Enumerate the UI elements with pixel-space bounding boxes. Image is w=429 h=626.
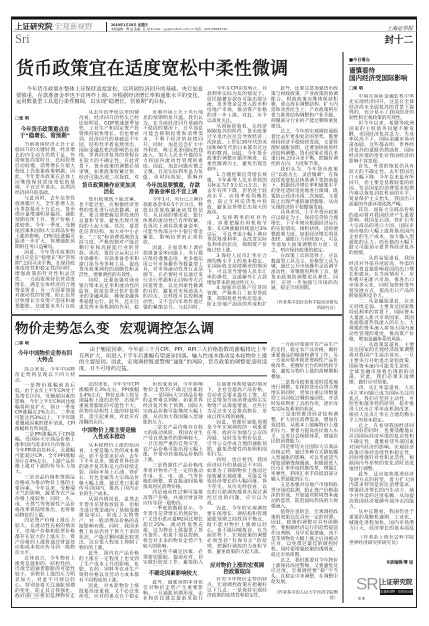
paragraph: 4.加强对房地产信贷的管理，严格执行二套房贷政策，抑制投机性购房需求，防止房地产… [207, 286, 267, 308]
article-1-subhead-1: 今年货币政策重点在于“稳增长、管预期” [15, 126, 75, 139]
sidebar-body: 中国在国际金融危机中率先实现经济回升，这是在全球经济尚未全面复苏的背景下取得的，… [349, 94, 414, 531]
article-2-subhead-2: 中国物价上涨主要是输入性成本推动 [79, 427, 139, 440]
paragraph: 在政策工具的选择上，应以数量型工具为主、价格型工具为辅，通过公开市场操作灵活调节… [271, 253, 338, 291]
paragraph: 2.发挥利率的杠杆作用，但要把握好时机和节奏。在CPI涨幅持续超过3%以后，可以… [207, 216, 267, 254]
sidebar-kicker-rule [348, 64, 413, 65]
paragraph: 但今年以来，希腊等欧洲国家的主权债务问题不断发酵，美国经济复苏乏力，失业率居高不… [349, 121, 414, 164]
headline-part-1: 物价走势怎么变 [15, 321, 110, 337]
paragraph: 当前我国经济正处于企稳回升的关键时期，经济增长的内生动力仍然不足，外需恢复尚需时… [15, 142, 75, 196]
paragraph: 但也要看到，今年影响物价走势的不确定因素较多。一是国际大宗商品价格的走势难以判断… [143, 382, 203, 425]
newspaper-page: 上证研究院·宏观新视野 Sri 2010年1月28日 星期四 本版编辑：傅 旭 … [0, 0, 429, 626]
article-2-column-2b: 从本轮物价上涨的原因看，主要是输入性的成本推动，而不是需求拉动。去年下半年以来，… [79, 443, 139, 600]
paragraph: 1.合理控制信贷增长规模。今年新增人民币贷款的目标定为7.5万亿元左右，比去年有… [207, 172, 267, 215]
paragraph: 二是货币政策要适时适度地进行调整。在保持货币信贷合理增长的同时，更加注重运用数量… [271, 380, 338, 412]
brand-abbr: Sri [15, 33, 30, 46]
paragraph: 因此，在加息和上调存款准备金率问题上，央行都应保持谨慎态度，更多地运用公开市场操… [143, 246, 203, 310]
paragraph: 综合来看，今年中国物价走势将呈现以下四大特点： [15, 367, 75, 383]
article-1-lead: 今年货币政策在整体上应保持适度宽松，以巩固经济回升的基础。央行加息要慎重，存款准… [16, 86, 203, 105]
article-2-column-3b: 此外，通胀预期本身也会对物价走势产生重要影响。一旦通胀预期形成，企业和居民就会提… [143, 580, 203, 602]
paragraph: 三是资源性产品价格改革将对物价产生一定的推动作用。水、电、油、气等价格的调整，将… [143, 463, 203, 490]
paragraph: 同时，也应看到，我国经济回升的基础还不牢固，如果为了抑制物价上涨而过度收紧宏观政… [207, 458, 267, 507]
article-1-headline: 货币政策宜在适度宽松中柔性微调 [16, 59, 288, 79]
paragraph: 因此，对本轮物价上涨既要高度重视，又不必过度担忧，应对的重点在于稳定成本、增加供… [79, 583, 139, 599]
paragraph: 三、从政策渠道看，主要发达国家的宏观经济政策调整将对我国产生溢出效应。一旦主要央… [349, 342, 414, 385]
paragraph: 从去年四季度以来的情况看，经济回升的势头已经比较明显，GDP增速逐季加快，工业生… [79, 110, 139, 180]
paragraph: 一、从贸易渠道看，我国经济对外依存度较高，外需的变化将直接影响我国的出口增长和就… [349, 256, 414, 299]
sidebar-author-note: （作者系上海社会科学院世界经济研究所研究员） [349, 535, 414, 546]
issue-date: 2010年1月28日 星期四 [111, 23, 147, 27]
sidebar-kicker: ■今日看台 [349, 58, 370, 63]
top-rule [11, 17, 417, 20]
paragraph: 我们认为，今年货币政策应“以稳为主、灵活微调”，在保持适度宽松总体基调不变的前提… [271, 167, 338, 210]
lead-box-top-rule [79, 342, 267, 344]
paragraph: 总之，今年的宏观调控面临着比去年更加复杂的形势，既要保持经济平稳较快发展，又要管… [271, 129, 338, 167]
paragraph: 因此，今年的宏观调控要在保增长、调结构和管理通胀预期之间找到平衡点，既不能对物价… [207, 506, 267, 555]
paragraph: 总的来看，今年全年CPI涨幅将在3%左右，PPI涨幅在4%左右，物价总体上将呈现… [79, 382, 139, 425]
paragraph: 四是流动性过剩可能推高资产价格，并通过财富效应传导到一般物价。 [143, 490, 203, 506]
paragraph: 首先，外需的恢复仍具有较大的不确定性。去年我国出口大幅下降，今年以来虽有所回升，… [349, 164, 414, 207]
article-2-subhead-4: 应对物价上涨的宏观调控政策取向 [207, 562, 267, 575]
paragraph: 此外，还应加快推进经济发展方式的转变，着力扩大国内需求特别是居民消费需求，增强经… [349, 472, 414, 510]
article-2-subhead-1: 今年中国物价走势有四大特点 [15, 350, 75, 363]
paragraph: 从国内情况看，虽然去年货币信贷投放较多，但相当部分资金流向了基础设施建设项目，形… [79, 497, 139, 551]
sidebar-title: 谨慎看待 国内经济受国际影响 [349, 67, 414, 82]
paragraph: 从本轮物价上涨的原因看，主要是输入性的成本推动，而不是需求拉动。去年下半年以来，… [79, 443, 139, 497]
paragraph: 一季度的数据显示，今年货币信贷增长仍然较快，广义货币供应量M2同比增长超过25%… [143, 506, 203, 549]
article-2-column-4a: 在通胀预期较强的情况下，企业会提高产品价格，劳动者会要求提高工资，居民会增加当前… [207, 382, 267, 560]
article-2-subhead-3: 不确定因素影响较大 [143, 570, 203, 577]
article-2-column-3a: 但也要看到，今年影响物价走势的不确定因素较多。一是国际大宗商品价格的走势难以判断… [143, 382, 203, 566]
article-1-column-1: 当前我国经济正处于企稳回升的关键时期，经济增长的内生动力仍然不足，外需恢复尚需时… [15, 142, 75, 310]
sidebar-byline: □周 明 [349, 86, 363, 91]
section-divider [11, 314, 342, 316]
paragraph: 中国在国际金融危机中率先实现经济回升，这是在全球经济尚未全面复苏的背景下取得的，… [349, 94, 414, 121]
paragraph: 总之，在看到我国经济回升向好的同时，也要清醒地认识到国际经济环境的复杂性和不确定… [349, 423, 414, 472]
paper-name: 上海证券报 [370, 26, 413, 32]
paragraph: 三是食品价格和资源品价格成为推动物价上涨的主要因素。今年以来，受极端天气的影响，… [15, 475, 75, 518]
paragraph: 五是加强对房地产市场和股票市场的监测，防止资产价格泡沫的形成，并加强对跨境资本流… [271, 482, 338, 509]
paragraph: 一是物价涨幅前高后低。由于去年上半年CPI处于负增长区间，受翘尾因素的影响，今年… [15, 383, 75, 432]
paragraph: 四是密切关注国际大宗商品价格走势，通过多种方式降低输入型通胀的影响。可以考虑适当… [271, 445, 338, 483]
section-subtitle: ·宏观新视野 [53, 22, 93, 31]
issue-number: 第 期 [358, 597, 365, 601]
paragraph: 值得注意的是，宏观调控政策的效果往往具有一定的时滞。因此，政策的调整应具有前瞻性… [271, 509, 338, 558]
headline-part-2: 宏观调控怎么调 [120, 321, 215, 337]
article-2-column-2a: 总的来看，今年全年CPI涨幅将在3%左右，PPI涨幅在4%左右，物价总体上将呈现… [79, 382, 139, 425]
paragraph: 具体来说，上半年货币政策应以稳定为主，保持信贷的合理增长；下半年则应根据经济运行… [271, 210, 338, 253]
section-name: 上证研究院 [15, 22, 53, 31]
article-1-column-5: 此外，还要注意加强货币政策与财政政策、产业政策的协调配合。财政政策应继续保持积极… [271, 86, 338, 297]
paragraph: 货币政策既不能过紧，也不能过松，应根据经济形势的变化进行动态微调。首先，要合理把… [79, 197, 139, 278]
paragraph: 今年在CPI由负转正、存款利率实际为负的情况下，居民储蓄存款有可能出现分流，更多… [207, 86, 267, 124]
section-title: 上证研究院·宏观新视野 [15, 22, 92, 31]
lead-box-bottom-rule [79, 375, 267, 377]
article-1-byline: □张 明 [15, 116, 29, 121]
article-1-subhead-2: 货币政策操作应更加灵活化 [79, 182, 139, 195]
article-2-byline: □李 明 [15, 341, 29, 346]
article-1-column-4: 今年在CPI由负转正、存款利率实际为负的情况下，居民储蓄存款有可能出现分流，更多… [207, 86, 267, 308]
article-2-column-4b: 针对今年物价走势的特点，宏观调控政策应把握好以下几点：一是保持宏观经济政策的连续… [207, 577, 267, 599]
paragraph: 从国际经验看，在经济刚刚复苏的阶段，货币政策过早退出往往会导致经济二次探底。上世… [207, 124, 267, 173]
article-1-column-3b: 今年1月，央行已上调存款准备金率0.5个百分点，释放出适度收紧流动性的信号。从目… [143, 197, 203, 310]
paragraph: 二是PPI涨幅高于CPI涨幅。受国际大宗商品价格上涨和国内需求回升的推动，今年P… [15, 432, 75, 475]
sidebar-title-line-2: 国内经济受国际影响 [349, 75, 414, 83]
paragraph: 二是农产品价格存在较大的波动风险。我国农业生产受自然条件的影响较大，一旦出现严重… [143, 425, 203, 463]
page-label: 封十二 [370, 35, 413, 45]
paragraph: 3.保持人民币汇率在合理均衡水平上的基本稳定。在国际收支持续顺差的情况下，可以适… [207, 253, 267, 285]
paragraph: 一方面应加强对农产品生产的支持，稳定农产品价格，做好重要商品的储备和调节工作；另… [271, 342, 338, 380]
column-tagline: 宏观新视野 · 每周四出版 [380, 589, 413, 595]
article-1-author-note: （作者系中国社会科学院经济研究所研究员） [271, 300, 338, 311]
paragraph: 从中长期看，我国仍处于重要的战略机遇期，工业化、城镇化进程加快，国内市场潜力巨大… [349, 510, 414, 531]
sidebar-divider [342, 52, 344, 603]
paragraph: 因此，今年货币政策的重点应是在“稳增长”和“管预期”之间寻求平衡，在保持政策连续… [15, 250, 75, 310]
bottom-border [11, 607, 417, 608]
page-editor: 本版编辑/傅 旭 [349, 560, 413, 565]
paragraph: 此外，还要注意加强货币政策与财政政策、产业政策的协调配合。财政政策应继续保持积极… [271, 86, 338, 129]
paragraph: 近期市场上关于央行加息的预期明显升温。我们认为，在当前经济回升基础尚不稳固的情况… [143, 110, 203, 180]
paragraph: 四是资产价格上涨压力较大。在流动性充裕的情况下，房地产价格和股票价格都存在较大的… [15, 518, 75, 556]
header-separator [106, 22, 107, 32]
article-1-column-3a: 近期市场上关于央行加息的预期明显升温。我们认为，在当前经济回升基础尚不稳固的情况… [143, 110, 203, 180]
article-1-subhead-3: 今年加息要慎重，存款准备金率也不宜上调 [143, 182, 203, 195]
article-2-lead: 由于翘尾因素，今年前三个月CPI、PPI、RPI三大价格指数的涨幅将比上年有所扩… [79, 347, 267, 372]
paragraph: 四、从汇率渠道看，人民币汇率问题已成为国际关注的焦点。我们应坚持主动性、可控性和… [349, 386, 414, 424]
article-2-column-1: 综合来看，今年中国物价走势将呈现以下四大特点：一是物价涨幅前高后低。由于去年上半… [15, 367, 75, 599]
sidebar-author-text: （作者系上海社会科学院世界经济研究所研究员） [349, 535, 414, 546]
paragraph: 总之，我们既要对今年物价上涨保持高度警惕，又要避免反应过度。宏观调控要“稳”字当… [271, 558, 338, 585]
paragraph: 与此同时，去年信贷投放规模巨大，全年新增人民币贷款接近十万亿元，货币供应量增速明… [15, 196, 75, 250]
article-2-column-5: 一方面应加强对农产品生产的支持，稳定农产品价格，做好重要商品的储备和调节工作；另… [271, 342, 338, 585]
paragraph: 其次，国际大宗商品价格的波动将对我国经济产生重要影响。我国是石油、铁矿石等大宗商… [349, 207, 414, 256]
paragraph: 总体而言，今年物价上涨将是温和的、结构性的，出现全面通货膨胀的可能性较小，但物价… [15, 556, 75, 599]
sidebar-title-line-1: 谨慎看待 [349, 67, 414, 75]
left-border [11, 17, 12, 609]
institute-name: 上证研究院 [380, 579, 413, 587]
paragraph: 在通胀预期较强的情况下，企业会提高产品价格，劳动者会要求提高工资，居民会增加当前… [207, 382, 267, 420]
paragraph: 此外，通胀预期本身也会对物价走势产生重要影响。一旦通胀预期形成，企业和居民就会提… [143, 580, 203, 602]
sri-logo-mark: SRI [356, 575, 381, 593]
article-1-column-2b: 货币政策既不能过紧，也不能过松，应根据经济形势的变化进行动态微调。首先，要合理把… [79, 197, 139, 310]
article-1-column-2a: 从去年四季度以来的情况看，经济回升的势头已经比较明显，GDP增速逐季加快，工业生… [79, 110, 139, 180]
paragraph: 针对今年物价走势的特点，宏观调控政策应把握好以下几点：一是保持宏观经济政策的连续… [207, 577, 267, 599]
paragraph: 此外，国内农产品价格的上涨在一定程度上也受到了生产成本上升的影响，化肥、农药、饲… [79, 551, 139, 583]
header-rule [11, 32, 417, 33]
paragraph: 同时，还要加强对商业银行资本充足率和流动性的监管，防范信贷过快扩张带来的金融风险… [79, 278, 139, 310]
right-border [416, 17, 417, 609]
article-2-author-note: （作者系中国人民大学经济学院教授） [271, 590, 338, 601]
paragraph: 三是加快推进经济结构调整，扩大居民消费需求，增加有效供给，从根本上缓解物价上涨的… [271, 412, 338, 444]
paragraph: 二、从金融渠道看，在美元持续走弱、主要发达国家维持低利率的背景下，国际资本大量流… [349, 299, 414, 342]
paragraph: 对这些不确定因素，必须密切跟踪、提前应对，切实做好防范工作，避免陷入被动局面。 [143, 549, 203, 565]
paragraph: 因此，管理好通胀预期是今年宏观调控的一项重要任务。政府应加强与公众的沟通，及时发… [207, 420, 267, 458]
paragraph: 今年1月，央行已上调存款准备金率0.5个百分点，释放出适度收紧流动性的信号。从目… [143, 197, 203, 246]
article-2-headline: 物价走势怎么变宏观调控怎么调 [15, 321, 214, 337]
